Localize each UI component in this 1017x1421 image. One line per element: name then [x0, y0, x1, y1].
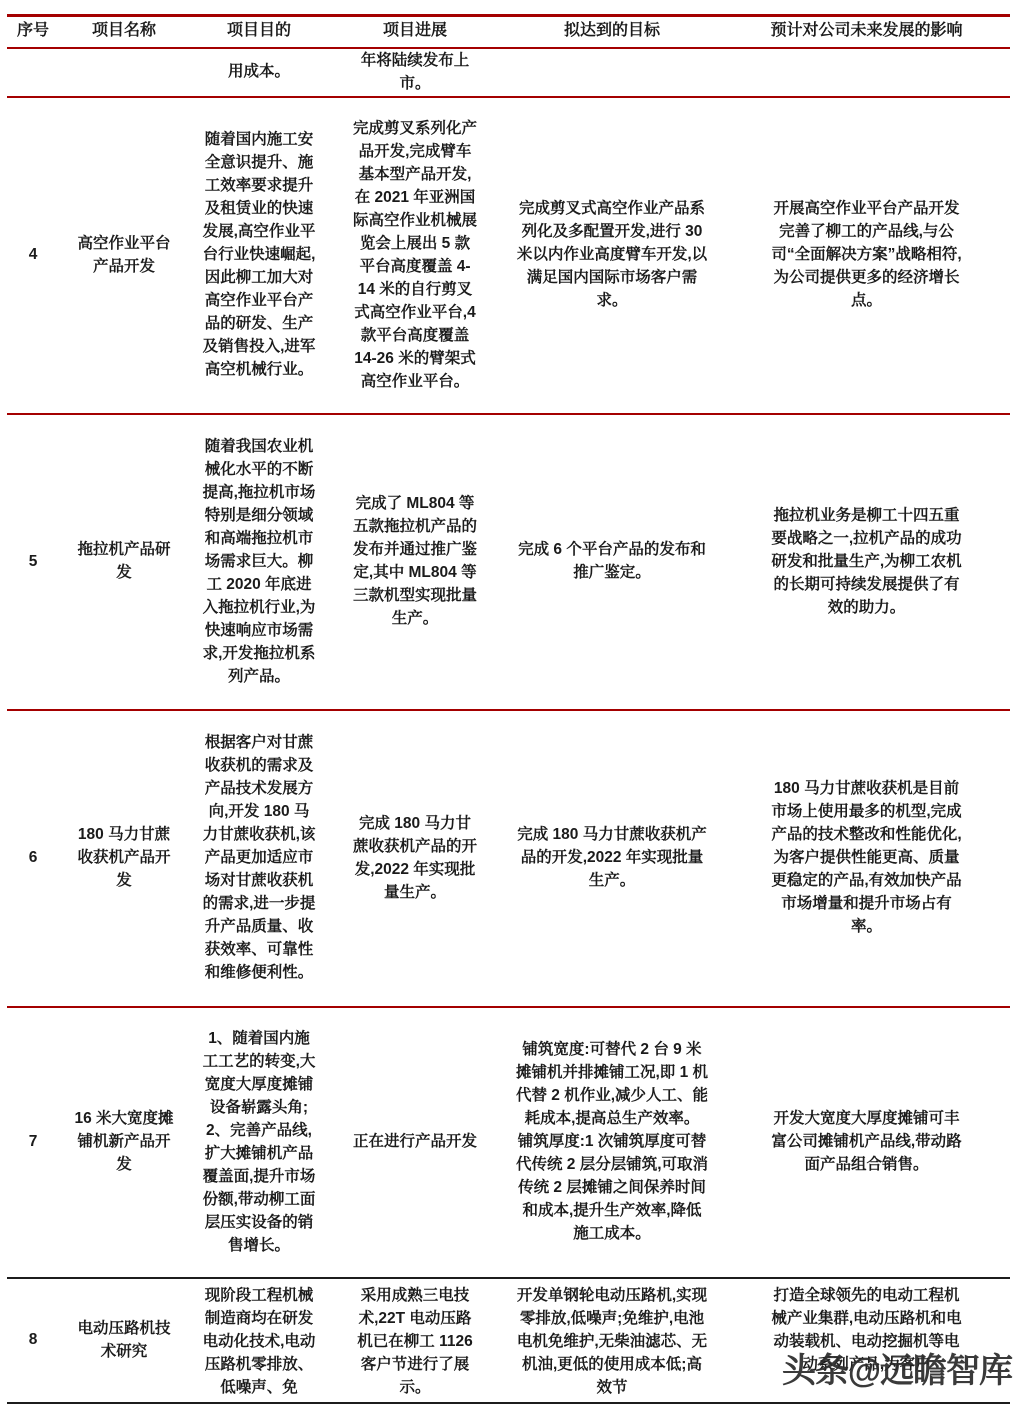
row4-seq: 4 [7, 96, 59, 413]
row6-purpose: 根据客户对甘蔗收获机的需求及产品技术发展方向,开发 180 马力甘蔗收获机,该产… [189, 709, 329, 1006]
row5-impact: 拖拉机业务是柳工十四五重要战略之一,拉机产品的成功研发和批量生产,为柳工农机的长… [723, 413, 1010, 709]
row7-purpose: 1、随着国内施工工艺的转变,大宽度大厚度摊铺设备崭露头角; 2、完善产品线,扩大… [189, 1006, 329, 1277]
partial-row-goal [501, 47, 723, 96]
row6-progress: 完成 180 马力甘蔗收获机产品的开发,2022 年实现批量生产。 [329, 709, 501, 1006]
rd-projects-table: 序号 项目名称 项目目的 项目进展 拟达到的目标 预计对公司未来发展的影响 用成… [7, 14, 1010, 1402]
row5-seq: 5 [7, 413, 59, 709]
partial-row-impact [723, 47, 1010, 96]
row4-purpose: 随着国内施工安全意识提升、施工效率要求提升及租赁业的快速发展,高空作业平台行业快… [189, 96, 329, 413]
row-separator-rule [7, 1006, 1010, 1008]
document-page: 序号 项目名称 项目目的 项目进展 拟达到的目标 预计对公司未来发展的影响 用成… [0, 0, 1017, 1421]
row8-name: 电动压路机技术研究 [59, 1277, 189, 1402]
row6-goal: 完成 180 马力甘蔗收获机产品的开发,2022 年实现批量生产。 [501, 709, 723, 1006]
col-header-seq: 序号 [7, 14, 59, 47]
row7-progress: 正在进行产品开发 [329, 1006, 501, 1277]
header-bottom-rule [7, 47, 1010, 49]
partial-row-seq [7, 47, 59, 96]
watermark: 头条@远瞻智库 [782, 1348, 1012, 1394]
row5-progress: 完成了 ML804 等五款拖拉机产品的发布并通过推广鉴定,其中 ML804 等三… [329, 413, 501, 709]
col-header-impact: 预计对公司未来发展的影响 [723, 14, 1010, 47]
row8-purpose: 现阶段工程机械制造商均在研发电动化技术,电动压路机零排放、低噪声、免 [189, 1277, 329, 1402]
row-separator-rule [7, 413, 1010, 415]
partial-row-name [59, 47, 189, 96]
row7-impact: 开发大宽度大厚度摊铺可丰富公司摊铺机产品线,带动路面产品组合销售。 [723, 1006, 1010, 1277]
partial-row-progress: 年将陆续发布上市。 [329, 47, 501, 96]
row-separator-rule [7, 709, 1010, 711]
col-header-progress: 项目进展 [329, 14, 501, 47]
table-top-rule [7, 14, 1010, 17]
row6-seq: 6 [7, 709, 59, 1006]
row-separator-rule [7, 1277, 1010, 1279]
row4-progress: 完成剪叉系列化产品开发,完成臂车基本型产品开发,在 2021 年亚洲国际高空作业… [329, 96, 501, 413]
row8-seq: 8 [7, 1277, 59, 1402]
row6-impact: 180 马力甘蔗收获机是目前市场上使用最多的机型,完成产品的技术整改和性能优化,… [723, 709, 1010, 1006]
row5-name: 拖拉机产品研发 [59, 413, 189, 709]
row-separator-rule [7, 96, 1010, 98]
row6-name: 180 马力甘蔗收获机产品开发 [59, 709, 189, 1006]
row4-goal: 完成剪叉式高空作业产品系列化及多配置开发,进行 30 米以内作业高度臂车开发,以… [501, 96, 723, 413]
page-bottom-rule [7, 1402, 1010, 1404]
col-header-name: 项目名称 [59, 14, 189, 47]
col-header-goal: 拟达到的目标 [501, 14, 723, 47]
row7-seq: 7 [7, 1006, 59, 1277]
row5-purpose: 随着我国农业机械化水平的不断提高,拖拉机市场特别是细分领域和高端拖拉机市场需求巨… [189, 413, 329, 709]
col-header-purpose: 项目目的 [189, 14, 329, 47]
row7-name: 16 米大宽度摊铺机新产品开发 [59, 1006, 189, 1277]
row7-goal: 铺筑宽度:可替代 2 台 9 米摊铺机并排摊铺工况,即 1 机代替 2 机作业,… [501, 1006, 723, 1277]
partial-row-purpose: 用成本。 [189, 47, 329, 96]
row8-progress: 采用成熟三电技术,22T 电动压路机已在柳工 1126 客户节进行了展示。 [329, 1277, 501, 1402]
row4-name: 高空作业平台产品开发 [59, 96, 189, 413]
row4-impact: 开展高空作业平台产品开发完善了柳工的产品线,与公司“全面解决方案”战略相符,为公… [723, 96, 1010, 413]
row8-goal: 开发单钢轮电动压路机,实现零排放,低噪声;免维护,电池电机免维护,无柴油滤芯、无… [501, 1277, 723, 1402]
row5-goal: 完成 6 个平台产品的发布和推广鉴定。 [501, 413, 723, 709]
